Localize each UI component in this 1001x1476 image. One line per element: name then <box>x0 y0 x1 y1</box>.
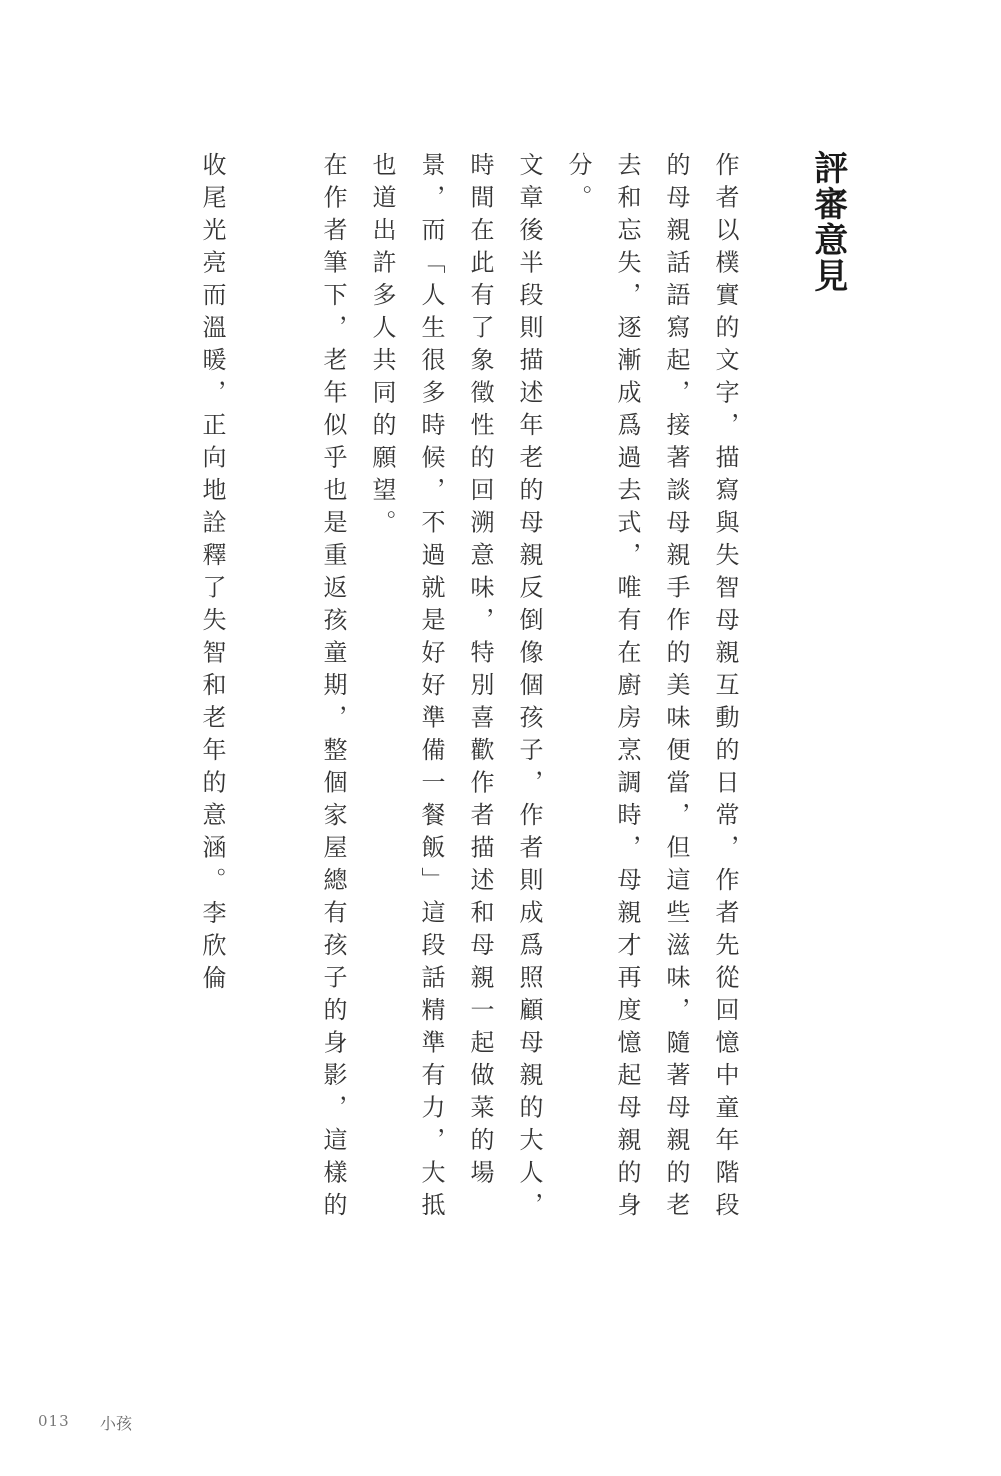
paragraph-2: 文章後半段則描述年老的母親反倒像個孩子，作者則成爲照顧母親的大人，時間在此有了象… <box>357 152 553 1252</box>
reviewer-signature: 李欣倫 <box>187 900 236 998</box>
paragraph-1: 作者以樸實的文字，描寫與失智母親互動的日常，作者先從回憶中童年階段的母親話語寫起… <box>553 152 749 1252</box>
document-page: 評審意見 作者以樸實的文字，描寫與失智母親互動的日常，作者先從回憶中童年階段的母… <box>0 0 1001 1476</box>
paragraph-3-text: 在作者筆下，老年似乎也是重返孩童期，整個家屋總有孩子的身影，這樣的收尾光亮而溫暖… <box>198 152 347 1225</box>
paragraph-3: 在作者筆下，老年似乎也是重返孩童期，整個家屋總有孩子的身影，這樣的收尾光亮而溫暖… <box>187 152 357 1252</box>
running-title: 小孩 <box>100 1411 132 1434</box>
review-body: 作者以樸實的文字，描寫與失智母親互動的日常，作者先從回憶中童年階段的母親話語寫起… <box>187 152 749 1252</box>
page-number: 013 <box>38 1412 70 1430</box>
section-title: 評審意見 <box>805 150 851 294</box>
